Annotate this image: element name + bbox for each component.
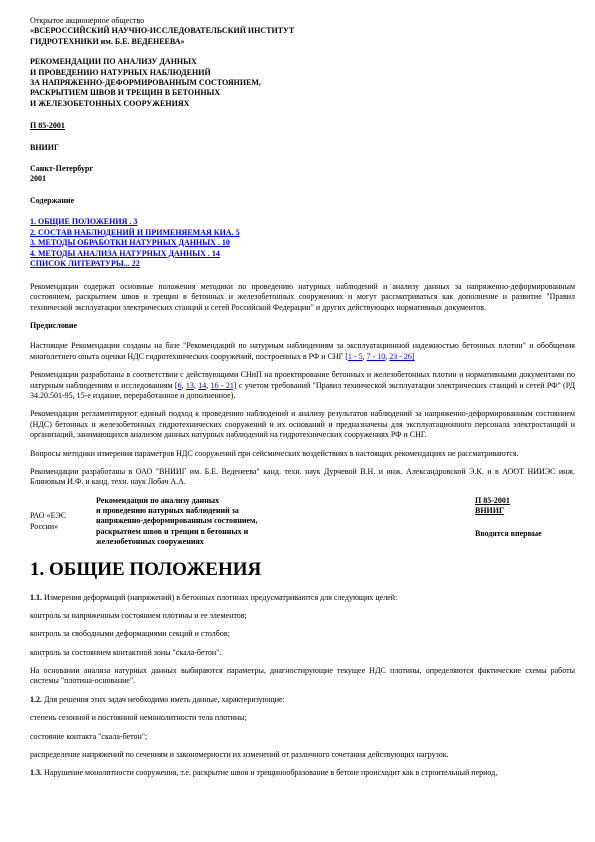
annotation-paragraph: Рекомендации содержат основные положения…	[30, 282, 575, 313]
clause-text: Измерения деформаций (напряжений) в бето…	[42, 593, 397, 602]
org-name-line: ГИДРОТЕХНИКИ им. Б.Е. ВЕДЕНЕЕВА»	[30, 37, 575, 47]
org-name-caps: «ВСЕРОССИЙСКИЙ НАУЧНО-ИССЛЕДОВАТЕЛЬСКИЙ …	[30, 26, 575, 47]
clause-text: Нарушение монолитности сооружения, т.е. …	[42, 768, 497, 777]
toc-link-observations-composition[interactable]: 2. СОСТАВ НАБЛЮДЕНИЙ И ПРИМЕНЯЕМАЯ КИА. …	[30, 228, 575, 239]
toc-link-bibliography[interactable]: СПИСОК ЛИТЕРАТУРЫ... 22	[30, 259, 575, 270]
reference-link[interactable]: 13	[186, 381, 194, 390]
clause-number: 1.3.	[30, 768, 42, 777]
header-title-line: раскрытием швов и трещин в бетонных и	[96, 527, 338, 537]
document-title-line: И ЖЕЛЕЗОБЕТОННЫХ СООРУЖЕНИЯХ	[30, 99, 575, 109]
reference-link[interactable]: 16 - 21]	[211, 381, 237, 390]
clause-1-3: 1.3. Нарушение монолитности сооружения, …	[30, 768, 575, 778]
toc-link-data-processing-methods[interactable]: 3. МЕТОДЫ ОБРАБОТКИ НАТУРНЫХ ДАННЫХ . 10	[30, 238, 575, 249]
header-title-line: железобетонных сооружениях	[96, 537, 338, 547]
analysis-paragraph: На основании анализа натурных данных выб…	[30, 666, 575, 687]
clause-1-1: 1.1. Измерения деформаций (напряжений) в…	[30, 593, 575, 603]
document-title: РЕКОМЕНДАЦИИ ПО АНАЛИЗУ ДАННЫХ И ПРОВЕДЕ…	[30, 57, 575, 109]
publication-year: 2001	[30, 174, 575, 184]
clause-1-2: 1.2. Для решения этих задач необходимо и…	[30, 695, 575, 705]
reference-link[interactable]: 14	[198, 381, 206, 390]
document-page: Открытое акционерное общество «ВСЕРОССИЙ…	[0, 0, 595, 779]
goal-item: контроль за напряженным состоянием плоти…	[30, 611, 575, 621]
header-cell-issuer: РАО «ЕЭС России»	[30, 511, 96, 532]
org-abbreviation: ВНИИГ	[30, 143, 575, 153]
preface-heading: Предисловие	[30, 321, 575, 331]
document-number: П 85-2001	[30, 121, 575, 131]
header-status: Вводятся впервые	[475, 529, 575, 539]
preface-paragraph-4: Вопросы методики измерения параметров НД…	[30, 449, 575, 459]
document-title-line: ЗА НАПРЯЖЕННО-ДЕФОРМИРОВАННЫМ СОСТОЯНИЕМ…	[30, 78, 575, 88]
data-item: степень сезонной и постоянной немонолитн…	[30, 713, 575, 723]
org-name-line: «ВСЕРОССИЙСКИЙ НАУЧНО-ИССЛЕДОВАТЕЛЬСКИЙ …	[30, 26, 575, 36]
header-title-line: и проведению натурных наблюдений за	[96, 506, 338, 516]
goal-item: контроль за свободными деформациями секц…	[30, 629, 575, 639]
header-org-abbr: ВНИИГ	[475, 506, 575, 516]
table-of-contents: 1. ОБЩИЕ ПОЛОЖЕНИЯ . 3 2. СОСТАВ НАБЛЮДЕ…	[30, 217, 575, 270]
header-cell-title: Рекомендации по анализу данных и проведе…	[96, 496, 338, 548]
org-name-block: Открытое акционерное общество «ВСЕРОССИЙ…	[30, 16, 575, 47]
data-item: распределение напряжений по сечениям и з…	[30, 750, 575, 760]
preface-paragraph-1: Настоящие Рекомендации созданы на базе "…	[30, 341, 575, 362]
document-title-line: РАСКРЫТИЕМ ШВОВ И ТРЕЩИН В БЕТОННЫХ	[30, 88, 575, 98]
document-header-table: РАО «ЕЭС России» Рекомендации по анализу…	[30, 496, 575, 548]
publication-place-year: Санкт-Петербург 2001	[30, 164, 575, 185]
section-1-heading: 1. ОБЩИЕ ПОЛОЖЕНИЯ	[30, 560, 575, 581]
publication-city: Санкт-Петербург	[30, 164, 575, 174]
clause-number: 1.1.	[30, 593, 42, 602]
header-cell-docnum: П 85-2001 ВНИИГ Вводятся впервые	[475, 496, 575, 540]
org-name-line: Открытое акционерное общество	[30, 16, 575, 26]
document-title-line: И ПРОВЕДЕНИЮ НАТУРНЫХ НАБЛЮДЕНИЙ	[30, 68, 575, 78]
preface-paragraph-3: Рекомендации регламентируют единый подхо…	[30, 409, 575, 440]
goal-item: контроль за состоянием контактной зоны "…	[30, 648, 575, 658]
header-doc-number: П 85-2001	[475, 496, 575, 506]
reference-link[interactable]: 6	[178, 381, 182, 390]
reference-link[interactable]: 7 - 10	[367, 352, 386, 361]
data-item: состояние контакта "скала-бетон";	[30, 732, 575, 742]
header-title-line: Рекомендации по анализу данных	[96, 496, 338, 506]
clause-number: 1.2.	[30, 695, 42, 704]
preface-paragraph-2: Рекомендации разработаны в соответствии …	[30, 370, 575, 401]
preface-paragraph-5: Рекомендации разработаны в ОАО "ВНИИГ им…	[30, 467, 575, 488]
toc-heading: Содержание	[30, 196, 575, 206]
toc-link-data-analysis-methods[interactable]: 4. МЕТОДЫ АНАЛИЗА НАТУРНЫХ ДАННЫХ . 14	[30, 249, 575, 260]
header-title-line: напряженно-деформированным состоянием,	[96, 516, 338, 526]
reference-link[interactable]: 23 - 26]	[389, 352, 414, 361]
clause-text: Для решения этих задач необходимо иметь …	[42, 695, 285, 704]
toc-link-general-provisions[interactable]: 1. ОБЩИЕ ПОЛОЖЕНИЯ . 3	[30, 217, 575, 228]
document-title-line: РЕКОМЕНДАЦИИ ПО АНАЛИЗУ ДАННЫХ	[30, 57, 575, 67]
reference-link[interactable]: 1 - 5	[348, 352, 363, 361]
